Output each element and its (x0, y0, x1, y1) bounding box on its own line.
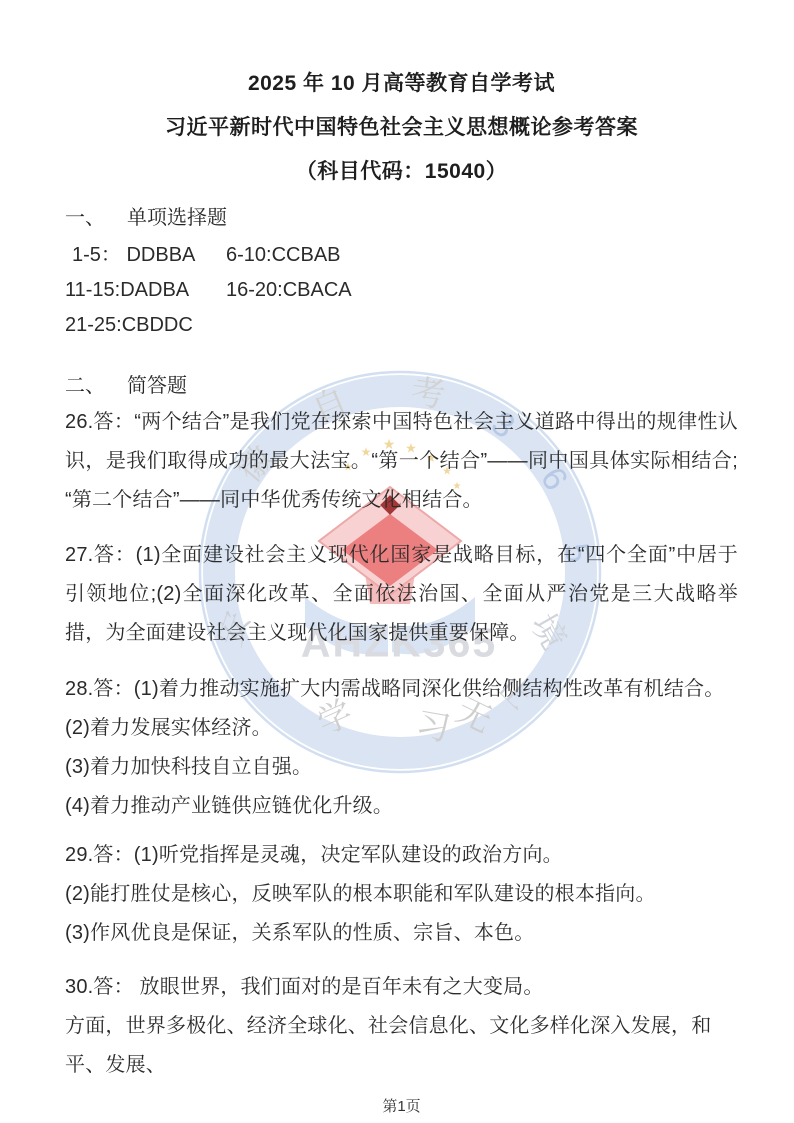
q30-line-1: 30.答： 放眼世界，我们面对的是百年未有之大变局。 (65, 968, 738, 1007)
document-page: 安徽自考365学习无止境 ★★★★★★★ AHZK365 2025 年 10 月… (0, 0, 794, 1123)
answers-11-15: 11-15:DADBA (65, 273, 226, 308)
q29-line-2: (2)能打胜仗是核心，反映军队的根本职能和军队建设的根本指向。 (65, 875, 738, 914)
answer-row-2: 11-15:DADBA16-20:CBACA (65, 273, 738, 308)
q28-line-2: (2)着力发展实体经济。 (65, 709, 738, 748)
answer-row-1: 1-5： DDBBA6-10:CCBAB (65, 238, 738, 273)
section2-number: 二、 (65, 375, 105, 397)
section1-number: 一、 (65, 207, 105, 229)
q29-answer: 29.答：(1)听党指挥是灵魂，决定军队建设的政治方向。 (2)能打胜仗是核心，… (65, 836, 738, 953)
answer-row-3: 21-25:CBDDC (65, 308, 738, 343)
doc-title-line1: 2025 年 10 月高等教育自学考试 (65, 0, 738, 97)
q27-answer: 27.答：(1)全面建设社会主义现代化国家是战略目标，在“四个全面”中居于引领地… (65, 536, 738, 653)
answers-21-25: 21-25:CBDDC (65, 308, 226, 343)
document-content: 2025 年 10 月高等教育自学考试 习近平新时代中国特色社会主义思想概论参考… (0, 0, 794, 1116)
q28-line-1: 28.答：(1)着力推动实施扩大内需战略同深化供给侧结构性改革有机结合。 (65, 670, 738, 709)
q26-answer: 26.答：“两个结合”是我们党在探索中国特色社会主义道路中得出的规律性认识，是我… (65, 403, 738, 520)
answers-16-20: 16-20:CBACA (226, 279, 352, 301)
section1-title: 单项选择题 (127, 207, 227, 229)
q28-line-4: (4)着力推动产业链供应链优化升级。 (65, 787, 738, 826)
doc-title-line2: 习近平新时代中国特色社会主义思想概论参考答案 (65, 114, 738, 141)
q30-answer: 30.答： 放眼世界，我们面对的是百年未有之大变局。 方面，世界多极化、经济全球… (65, 968, 738, 1085)
page-number: 第1页 (65, 1098, 738, 1116)
section2-heading: 二、简答题 (65, 372, 738, 400)
q28-line-3: (3)着力加快科技自立自强。 (65, 748, 738, 787)
q29-line-1: 29.答：(1)听党指挥是灵魂，决定军队建设的政治方向。 (65, 836, 738, 875)
section2-title: 简答题 (127, 375, 187, 397)
q28-answer: 28.答：(1)着力推动实施扩大内需战略同深化供给侧结构性改革有机结合。 (2)… (65, 670, 738, 826)
doc-title-line3: （科目代码：15040） (65, 158, 738, 185)
section1-heading: 一、单项选择题 (65, 204, 738, 232)
q30-line-2: 方面，世界多极化、经济全球化、社会信息化、文化多样化深入发展，和平、发展、 (65, 1007, 738, 1085)
answers-6-10: 6-10:CCBAB (226, 244, 341, 266)
answers-1-5: 1-5： DDBBA (72, 238, 226, 273)
q29-line-3: (3)作风优良是保证，关系军队的性质、宗旨、本色。 (65, 914, 738, 953)
